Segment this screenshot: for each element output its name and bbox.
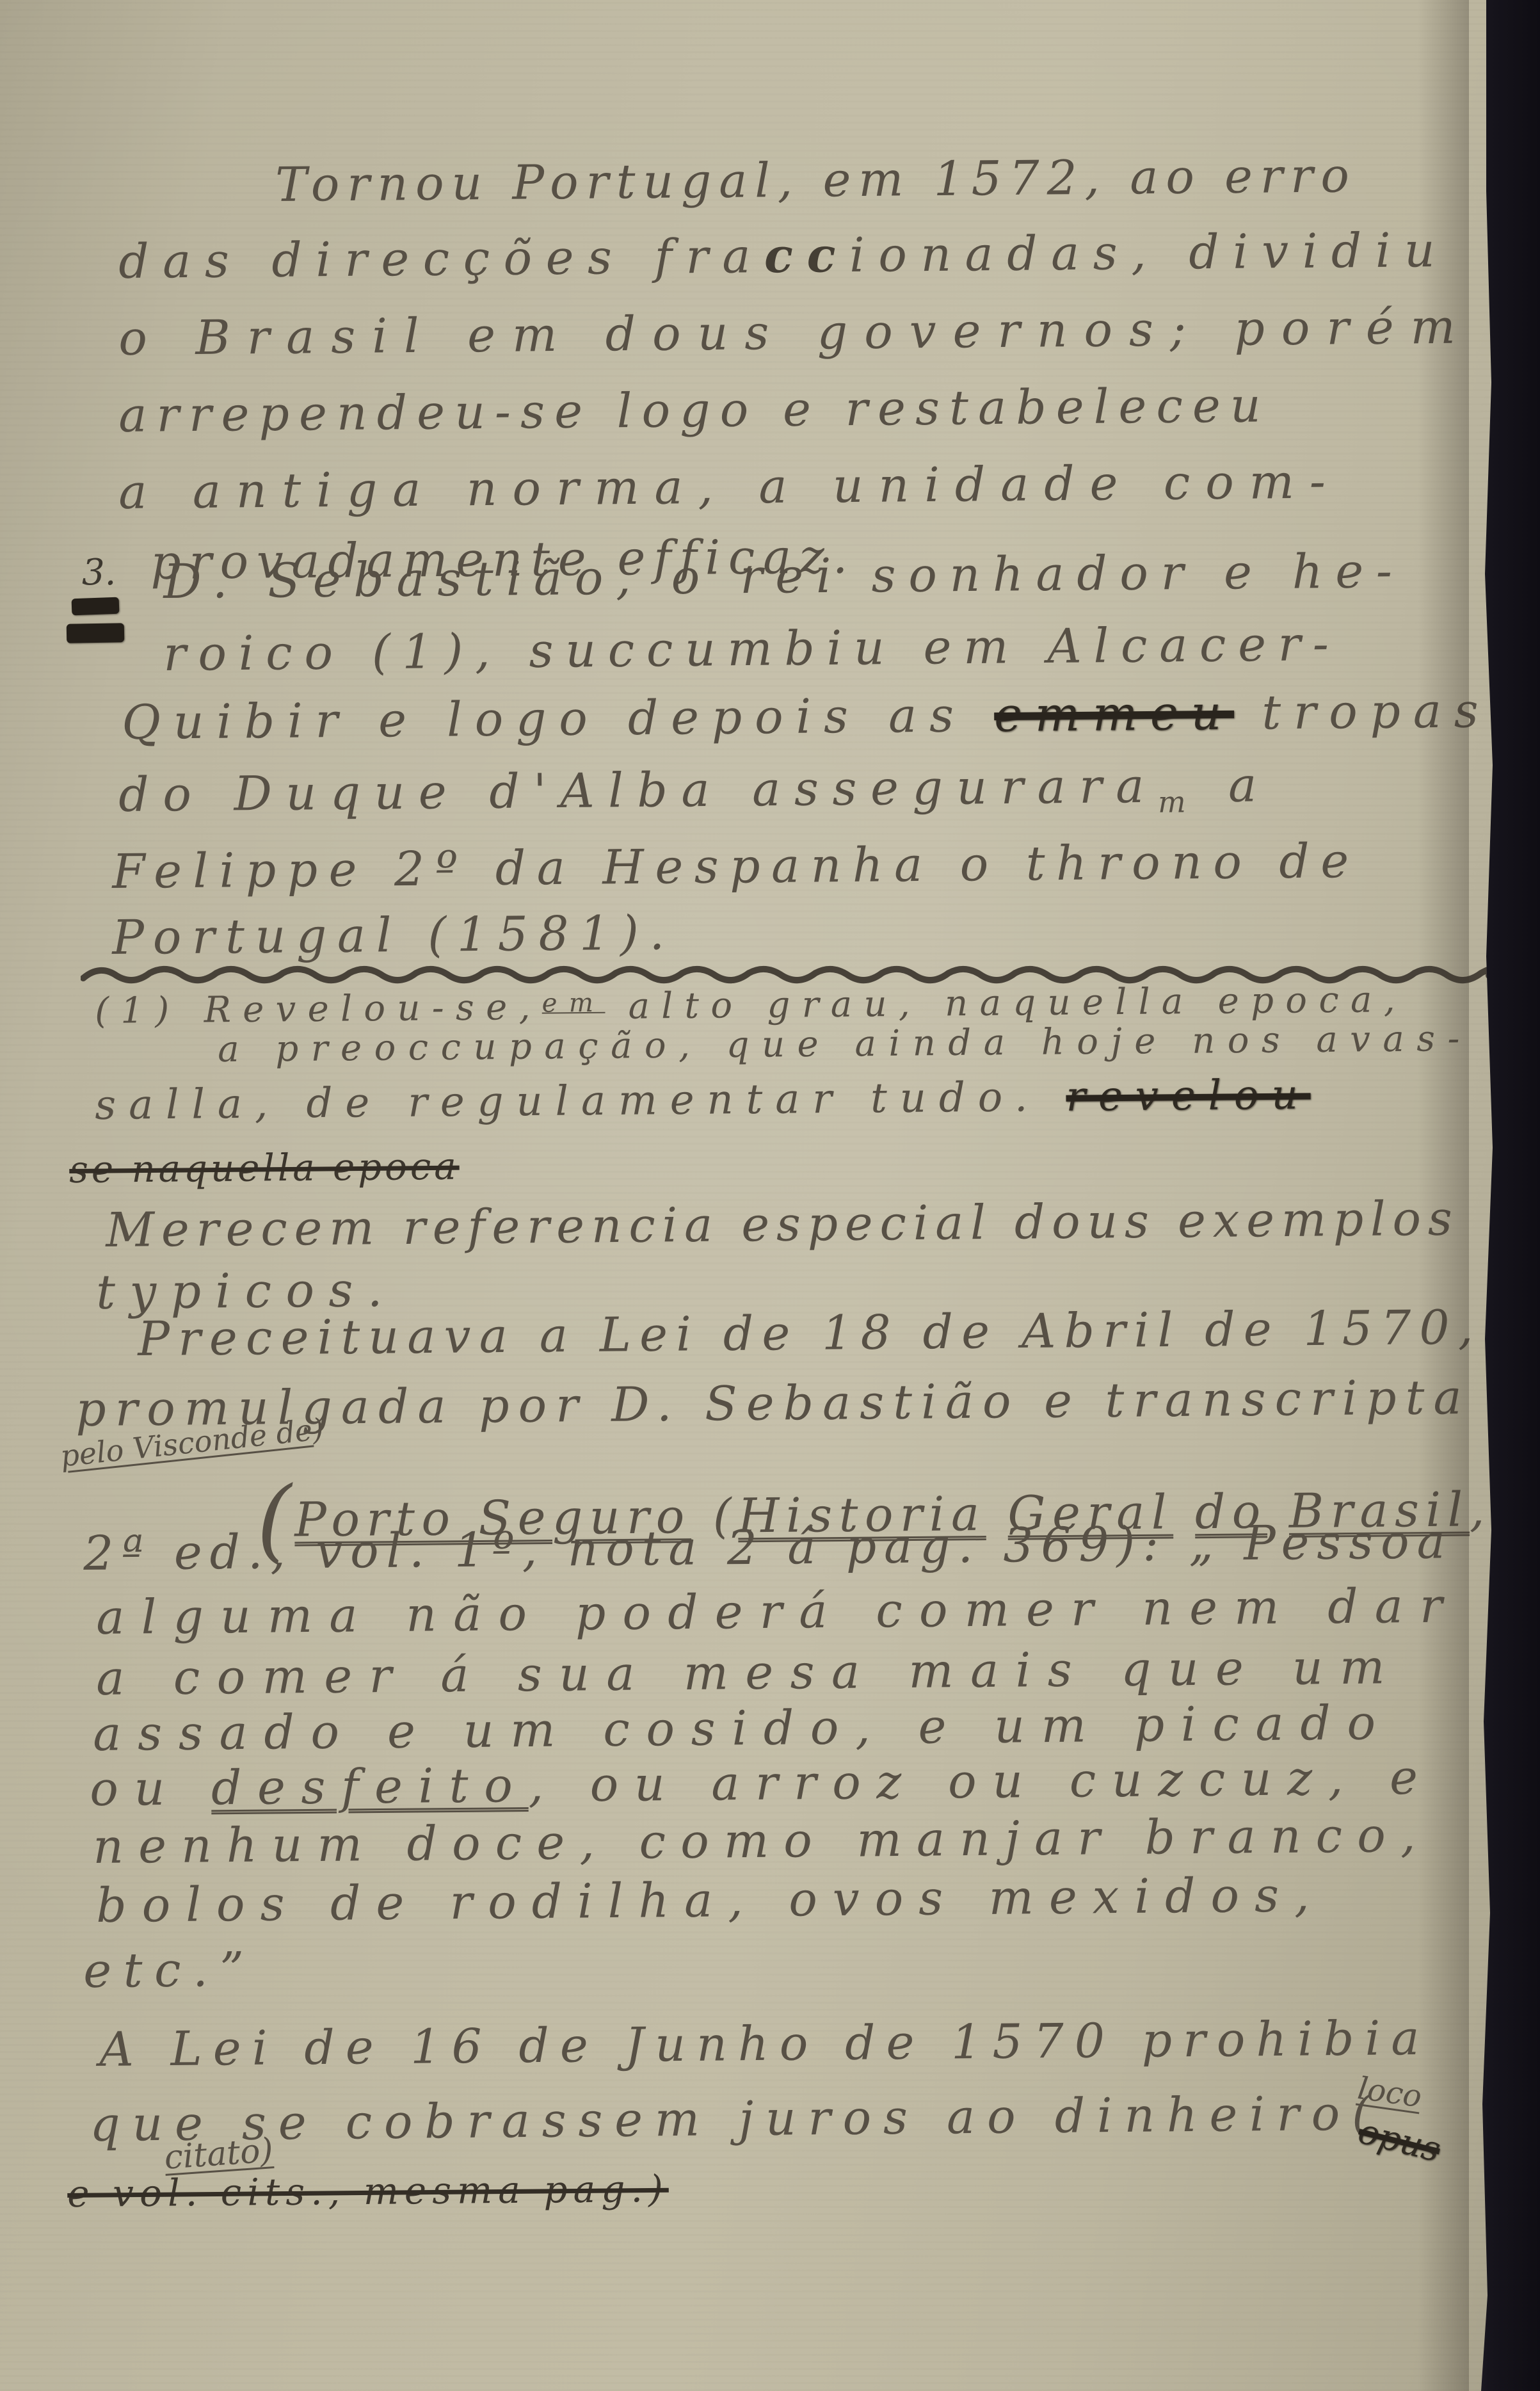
text-segment: Preceituava a Lei de 18 de Abril de 1570… xyxy=(138,1300,1482,1367)
line-9: Quibir e logo depois as emmeu tropas xyxy=(122,687,1491,746)
text-segment: roico (1), succumbiu em Alcacer- xyxy=(163,616,1341,682)
text-segment: nenhum doce, como manjar branco, xyxy=(93,1808,1431,1874)
struck-line-bottom: e vol. cits., mesma pag.) xyxy=(67,2170,669,2212)
line-25: etc.” xyxy=(83,1946,256,1995)
line-4: arrependeu-se logo e restabeleceu xyxy=(118,382,1271,439)
line-8: roico (1), succumbiu em Alcacer- xyxy=(163,620,1341,678)
text-segment: , ou arroz ou cuzcuz, e xyxy=(528,1750,1434,1813)
text-segment: a xyxy=(1199,757,1271,813)
line-21: assado e um cosido, e um picado xyxy=(93,1699,1392,1758)
line-13: Merecem referencia especial dous exemplo… xyxy=(106,1195,1459,1254)
text-segment: o Brasil em dous governos; porém xyxy=(118,300,1472,366)
footnote-line-3: salla, de regulamentar tudo. revelou xyxy=(95,1074,1311,1126)
text-segment: m xyxy=(1158,787,1199,817)
line-27: que se cobrassem juros ao dinheiro( xyxy=(90,2089,1383,2148)
book-binding-edge xyxy=(1461,0,1540,2391)
wavy-divider-path xyxy=(83,969,1492,980)
page-edge-shadow xyxy=(1418,0,1469,2391)
line-5: a antiga norma, a unidade com- xyxy=(118,458,1341,516)
line-19: alguma não poderá comer nem dar xyxy=(96,1582,1459,1641)
line-11: Felippe 2º da Hespanha o throno de xyxy=(112,837,1360,896)
line-22: ou desfeito, ou arroz ou cuzcuz, e xyxy=(90,1754,1434,1813)
text-segment: A Lei de 16 de Junho de 1570 prohibia xyxy=(99,2011,1431,2077)
line-24: bolos de rodilha, ovos mexidos, xyxy=(96,1871,1325,1929)
line-3: o Brasil em dous governos; porém xyxy=(118,303,1472,362)
text-segment: Felippe 2º da Hespanha o throno de xyxy=(112,833,1360,899)
text-segment: Portugal (1581). xyxy=(112,905,675,965)
line-7: D. Sebastião, o rei sonhador e he- xyxy=(163,547,1405,606)
manuscript-page: 3. Tornou Portugal, em 1572, ao errodas … xyxy=(0,0,1540,2391)
text-segment: Tornou Portugal, em 1572, ao erro xyxy=(275,148,1357,213)
line-14: typicos. xyxy=(96,1266,397,1316)
line-20: a comer á sua mesa mais que um xyxy=(96,1643,1402,1702)
line-18: 2ª ed., vol. 1º, nota 2 á pag. 369): „ P… xyxy=(83,1518,1453,1577)
text-segment: arrependeu-se logo e restabeleceu xyxy=(118,378,1271,443)
text-segment: Merecem referencia especial dous exemplo… xyxy=(106,1191,1459,1258)
text-segment: emmeu xyxy=(994,686,1235,743)
footnote-line-2: a preoccupação, que ainda hoje nos avas- xyxy=(218,1021,1472,1068)
text-segment: desfeito xyxy=(211,1758,529,1815)
text-segment: em xyxy=(541,990,605,1017)
footnote-line-4: se naquella epoca xyxy=(69,1148,460,1188)
text-segment: bolos de rodilha, ovos mexidos, xyxy=(96,1867,1325,1933)
line-23: nenhum doce, como manjar branco, xyxy=(93,1812,1431,1871)
emphasis-bar xyxy=(67,623,125,643)
text-segment: etc.” xyxy=(83,1942,256,1999)
line-1: Tornou Portugal, em 1572, ao erro xyxy=(275,152,1357,209)
text-segment: , xyxy=(1469,1482,1491,1537)
text-segment: revelou xyxy=(1066,1071,1311,1120)
line-12: Portugal (1581). xyxy=(112,909,675,962)
emphasis-bar xyxy=(72,597,120,616)
text-segment: ou xyxy=(90,1760,211,1817)
section-number: 3. xyxy=(82,552,116,593)
line-26: A Lei de 16 de Junho de 1570 prohibia xyxy=(99,2015,1431,2073)
text-segment: Quibir e logo depois as xyxy=(122,688,995,750)
text-segment: (1) Revelou-se, xyxy=(95,986,542,1032)
text-segment: e vol. cits., mesma pag.) xyxy=(67,2167,669,2216)
text-segment: ionadas, dividiu xyxy=(849,223,1449,283)
text-segment: D. Sebastião, o rei sonhador e he- xyxy=(163,543,1405,609)
text-segment: alguma não poderá comer nem dar xyxy=(96,1578,1459,1645)
text-segment: das direcções fra xyxy=(118,229,764,289)
text-segment: a comer á sua mesa mais que um xyxy=(96,1639,1402,1706)
text-segment: que se cobrassem juros ao dinheiro( xyxy=(90,2086,1383,2152)
text-segment: 2ª ed., vol. 1º, nota 2 á pag. 369): „ P… xyxy=(83,1514,1453,1581)
text-segment: salla, de regulamentar tudo. xyxy=(95,1074,1066,1129)
text-segment: a antiga norma, a unidade com- xyxy=(118,454,1341,520)
text-segment: do Duque d'Alba assegurara xyxy=(118,759,1158,823)
text-segment: cc xyxy=(764,228,850,284)
text-segment: se naquella epoca xyxy=(69,1145,460,1191)
line-10: do Duque d'Alba asseguraram a xyxy=(118,761,1271,819)
line-15: Preceituava a Lei de 18 de Abril de 1570… xyxy=(138,1304,1482,1363)
interlinear-loco: loco xyxy=(1356,2073,1424,2112)
line-2: das direcções fraccionadas, dividiu xyxy=(118,227,1448,286)
interlinear-citato: citato) xyxy=(163,2134,274,2175)
